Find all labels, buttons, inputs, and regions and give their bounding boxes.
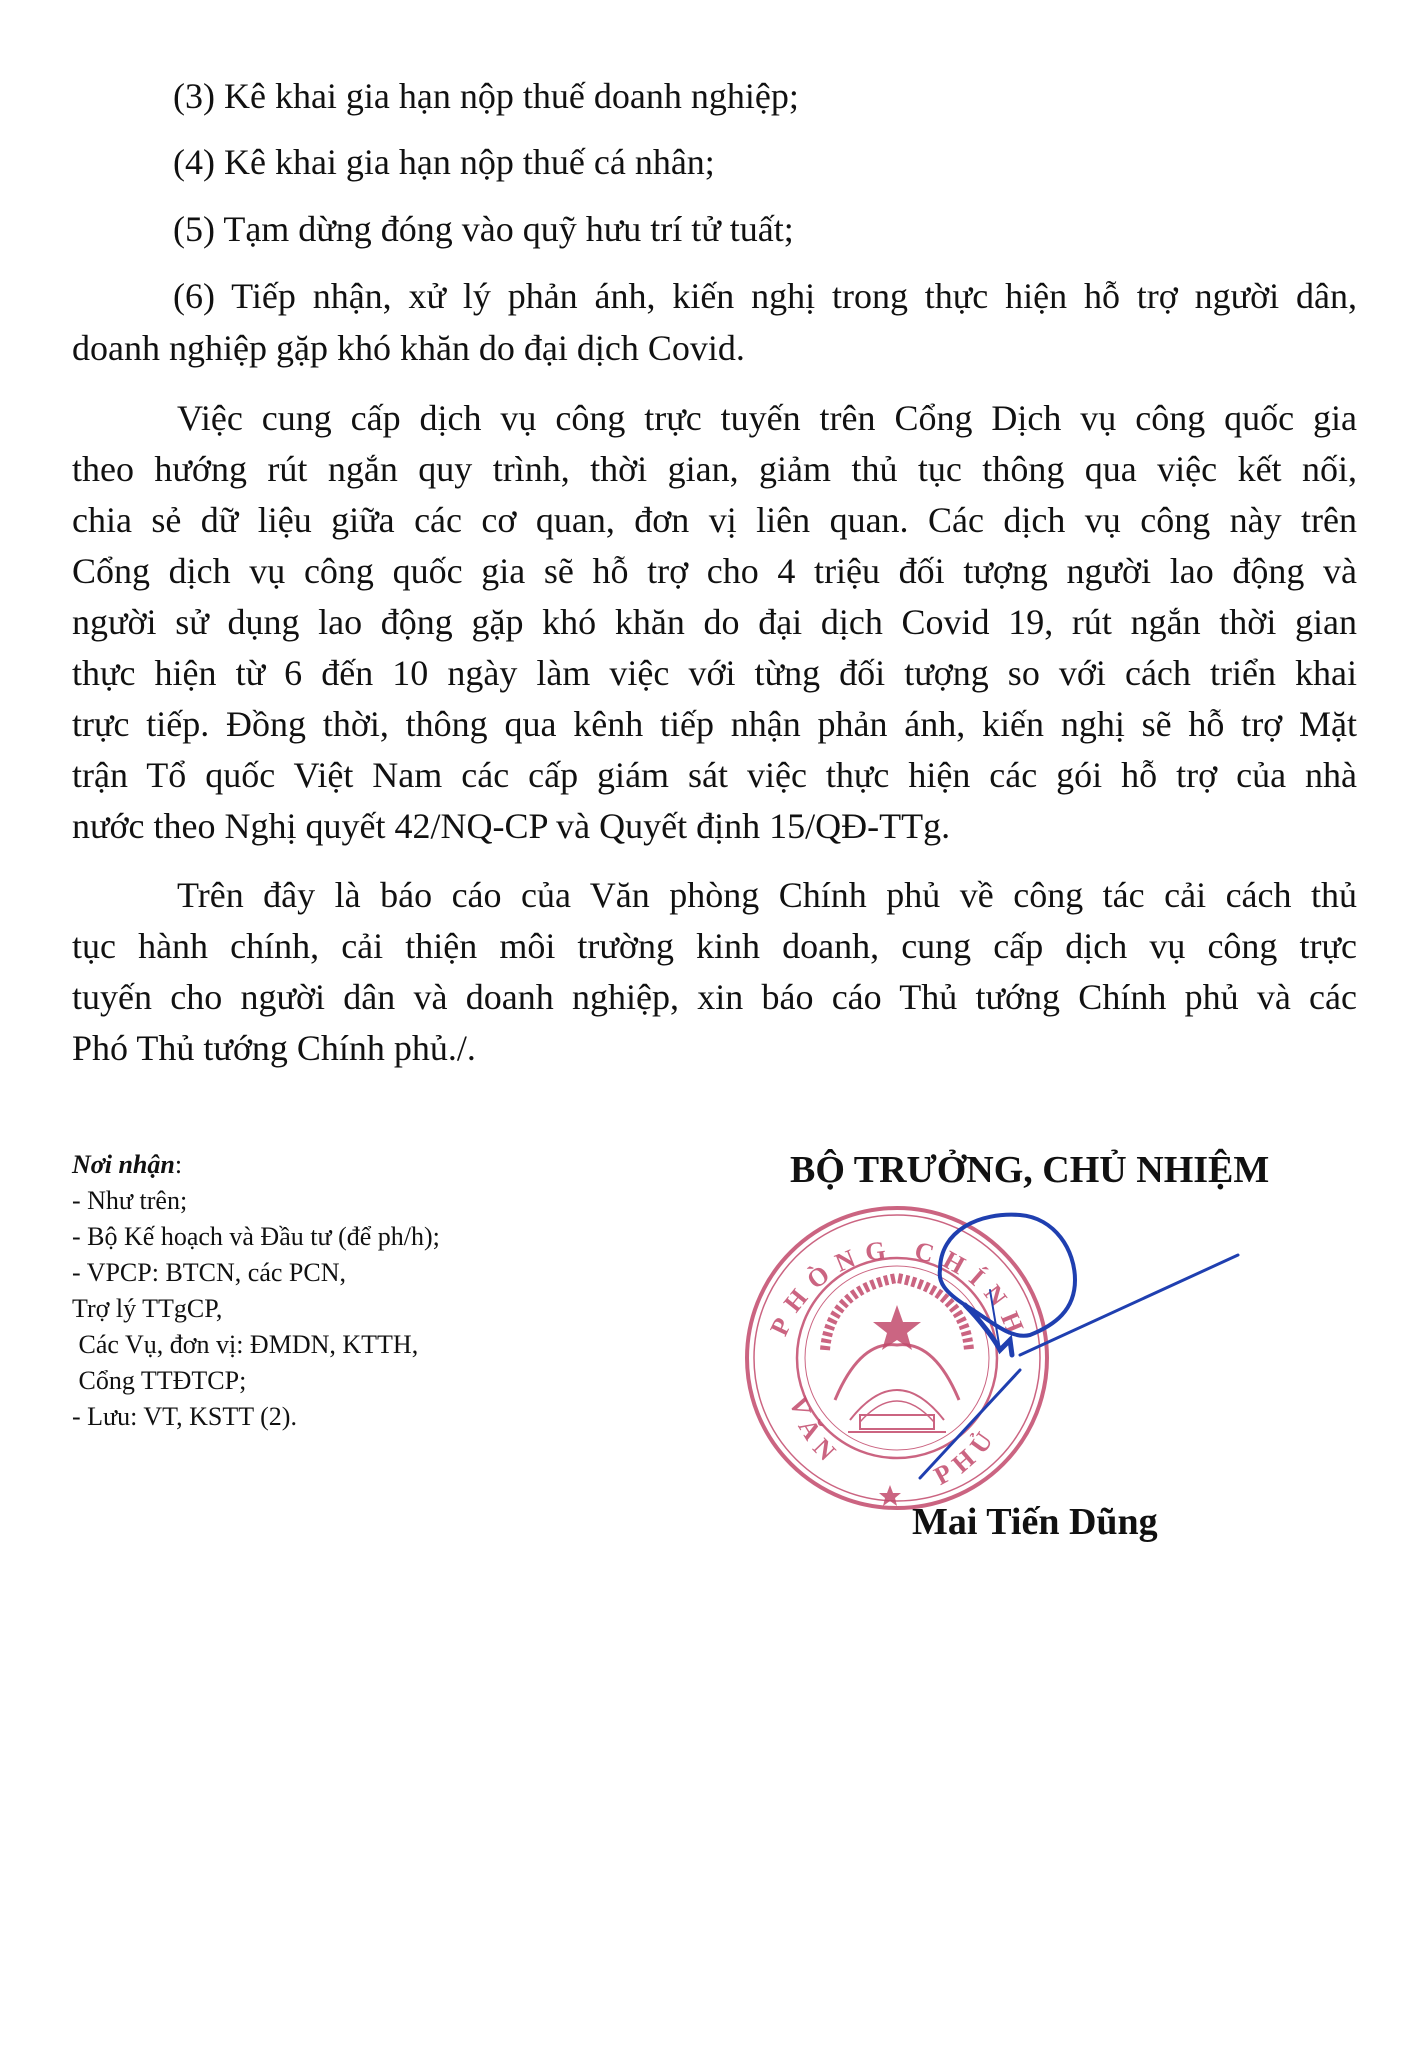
list-item-6-line1: (6) Tiếp nhận, xử lý phản ánh, kiến nghị… (173, 278, 1357, 314)
list-item-6-line2: doanh nghiệp gặp khó khăn do đại dịch Co… (72, 330, 745, 366)
recipient-item: - Như trên; (72, 1188, 187, 1214)
paragraph-line: trận Tổ quốc Việt Nam các cấp giám sát v… (72, 757, 1357, 793)
paragraph-line: nước theo Nghị quyết 42/NQ-CP và Quyết đ… (72, 808, 950, 844)
list-item: (3) Kê khai gia hạn nộp thuế doanh nghiệ… (173, 78, 799, 114)
paragraph-line: tuyến cho người dân và doanh nghiệp, xin… (72, 979, 1357, 1015)
paragraph-line: chia sẻ dữ liệu giữa các cơ quan, đơn vị… (72, 502, 1357, 538)
signatory-title: BỘ TRƯỞNG, CHỦ NHIỆM (790, 1148, 1269, 1192)
list-item: (5) Tạm dừng đóng vào quỹ hưu trí tử tuấ… (173, 211, 794, 247)
recipient-item: Cổng TTĐTCP; (72, 1368, 246, 1394)
paragraph-line: theo hướng rút ngắn quy trình, thời gian… (72, 451, 1357, 487)
recipients-title: Nơi nhận: (72, 1152, 182, 1178)
recipient-item: - Bộ Kế hoạch và Đầu tư (để ph/h); (72, 1224, 440, 1250)
paragraph-line: tục hành chính, cải thiện môi trường kin… (72, 928, 1357, 964)
paragraph-line: Cổng dịch vụ công quốc gia sẽ hỗ trợ cho… (72, 553, 1357, 589)
paragraph-line: Trên đây là báo cáo của Văn phòng Chính … (177, 877, 1357, 913)
paragraph-line: thực hiện từ 6 đến 10 ngày làm việc với … (72, 655, 1357, 691)
recipient-item: - VPCP: BTCN, các PCN, (72, 1260, 346, 1286)
handwritten-signature-icon (880, 1200, 1240, 1480)
signatory-name: Mai Tiến Dũng (912, 1500, 1158, 1544)
paragraph-line: Việc cung cấp dịch vụ công trực tuyến tr… (177, 400, 1357, 436)
svg-text:VĂN: VĂN (784, 1393, 847, 1472)
recipient-item: Trợ lý TTgCP, (72, 1296, 222, 1322)
paragraph-line: người sử dụng lao động gặp khó khăn do đ… (72, 604, 1357, 640)
document-page: (3) Kê khai gia hạn nộp thuế doanh nghiệ… (0, 0, 1427, 2048)
paragraph-line: Phó Thủ tướng Chính phủ./. (72, 1030, 476, 1066)
recipient-item: - Lưu: VT, KSTT (2). (72, 1404, 297, 1430)
paragraph-line: trực tiếp. Đồng thời, thông qua kênh tiế… (72, 706, 1357, 742)
recipient-item: Các Vụ, đơn vị: ĐMDN, KTTH, (72, 1332, 418, 1358)
list-item: (4) Kê khai gia hạn nộp thuế cá nhân; (173, 144, 715, 180)
